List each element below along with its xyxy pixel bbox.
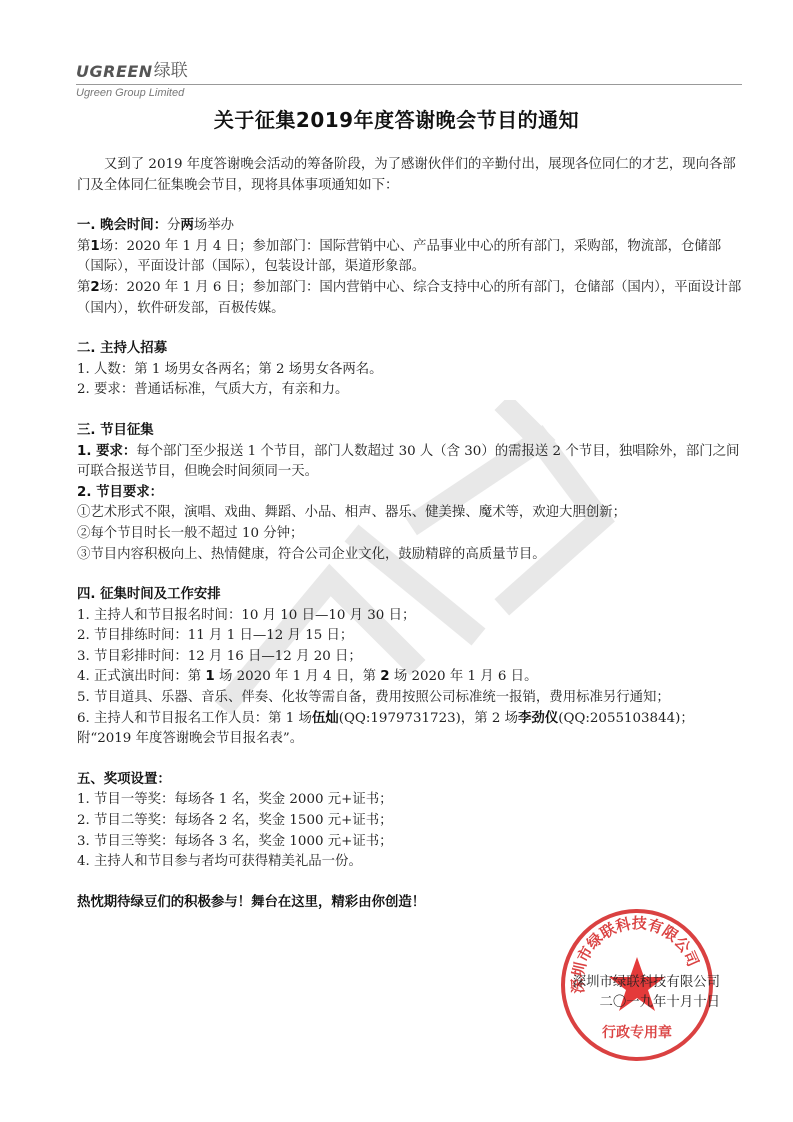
list-item: 1. 节目一等奖：每场各 1 名，奖金 2000 元+证书； (77, 790, 743, 811)
list-item: 4. 主持人和节目参与者均可获得精美礼品一份。 (77, 852, 743, 873)
list-item: ①艺术形式不限，演唱、戏曲、舞蹈、小品、相声、器乐、健美操、魔术等，欢迎大胆创新… (77, 503, 743, 524)
list-item: 2. 要求：普通话标准，气质大方，有亲和力。 (77, 380, 743, 401)
document-body: 又到了 2019 年度答谢晚会活动的筹备阶段，为了感谢伙伴们的辛勤付出，展现各位… (77, 155, 743, 913)
section-event-time: 一. 晚会时间：分两场举办 第1场：2020 年 1 月 4 日；参加部门：国际… (77, 216, 743, 319)
document-title: 关于征集2019年度答谢晚会节目的通知 (0, 104, 793, 133)
session-2-line: 第2场：2020 年 1 月 6 日；参加部门：国内营销中心、综合支持中心的所有… (77, 278, 743, 319)
intro-paragraph: 又到了 2019 年度答谢晚会活动的筹备阶段，为了感谢伙伴们的辛勤付出，展现各位… (77, 155, 743, 196)
heading-tail: 分 (167, 218, 180, 233)
header-divider (76, 84, 742, 85)
section-heading: 四. 征集时间及工作安排 (77, 585, 743, 606)
contact-name: 伍灿 (312, 711, 339, 726)
company-logo: UGREEN 绿联 (76, 57, 742, 81)
svg-text:行政专用章: 行政专用章 (602, 1024, 672, 1041)
section-awards: 五、奖项设置： 1. 节目一等奖：每场各 1 名，奖金 2000 元+证书； 2… (77, 770, 743, 873)
list-item: ②每个节目时长一般不超过 10 分钟； (77, 524, 743, 545)
list-item: 2. 节目排练时间：11 月 1 日—12 月 15 日； (77, 626, 743, 647)
signature-block: 深圳市绿联科技有限公司 二〇一九年十月十日 (520, 973, 720, 1013)
signature-company: 深圳市绿联科技有限公司 (520, 973, 720, 993)
section-heading: 五、奖项设置： (77, 770, 743, 791)
company-subtitle: Ugreen Group Limited (76, 87, 742, 99)
program-requirements-label: 2. 节目要求： (77, 483, 743, 504)
section-heading: 三. 节目征集 (77, 421, 743, 442)
heading-tail-bold: 两 (180, 218, 193, 233)
session-1-line: 第1场：2020 年 1 月 4 日；参加部门：国际营销中心、产品事业中心的所有… (77, 237, 743, 278)
section-schedule: 四. 征集时间及工作安排 1. 主持人和节目报名时间：10 月 10 日—10 … (77, 585, 743, 750)
requirement-paragraph: 1. 要求：每个部门至少报送 1 个节目，部门人数超过 30 人（含 30）的需… (77, 442, 743, 483)
letterhead: UGREEN 绿联 Ugreen Group Limited (76, 57, 742, 99)
list-item: 3. 节目三等奖：每场各 3 名，奖金 1000 元+证书； (77, 832, 743, 853)
logo-en-text: UGREEN (76, 62, 153, 81)
list-item: 1. 人数：第 1 场男女各两名；第 2 场男女各两名。 (77, 360, 743, 381)
list-item: 1. 主持人和节目报名时间：10 月 10 日—10 月 30 日； (77, 606, 743, 627)
section-heading: 一. 晚会时间： (77, 218, 167, 233)
section-host-recruitment: 二. 主持人招募 1. 人数：第 1 场男女各两名；第 2 场男女各两名。 2.… (77, 339, 743, 401)
heading-tail: 场举办 (194, 218, 234, 233)
list-item: 3. 节目彩排时间：12 月 16 日—12 月 20 日； (77, 647, 743, 668)
list-item: 4. 正式演出时间：第 1 场 2020 年 1 月 4 日，第 2 场 202… (77, 667, 743, 688)
list-item: 2. 节目二等奖：每场各 2 名，奖金 1500 元+证书； (77, 811, 743, 832)
section-program-collection: 三. 节目征集 1. 要求：每个部门至少报送 1 个节目，部门人数超过 30 人… (77, 421, 743, 565)
section-heading: 二. 主持人招募 (77, 339, 743, 360)
document-page: UGREEN 绿联 Ugreen Group Limited 关于征集2019年… (0, 0, 793, 1122)
contact-name: 李劲仪 (518, 711, 558, 726)
signature-date: 二〇一九年十月十日 (520, 993, 720, 1013)
list-item: 5. 节目道具、乐器、音乐、伴奏、化妆等需自备，费用按照公司标准统一报销，费用标… (77, 688, 743, 709)
logo-cn-text: 绿联 (154, 56, 188, 81)
list-item: 6. 主持人和节目报名工作人员：第 1 场伍灿(QQ:1979731723)，第… (77, 709, 743, 750)
list-item: ③节目内容积极向上、热情健康，符合公司企业文化，鼓励精辟的高质量节目。 (77, 545, 743, 566)
